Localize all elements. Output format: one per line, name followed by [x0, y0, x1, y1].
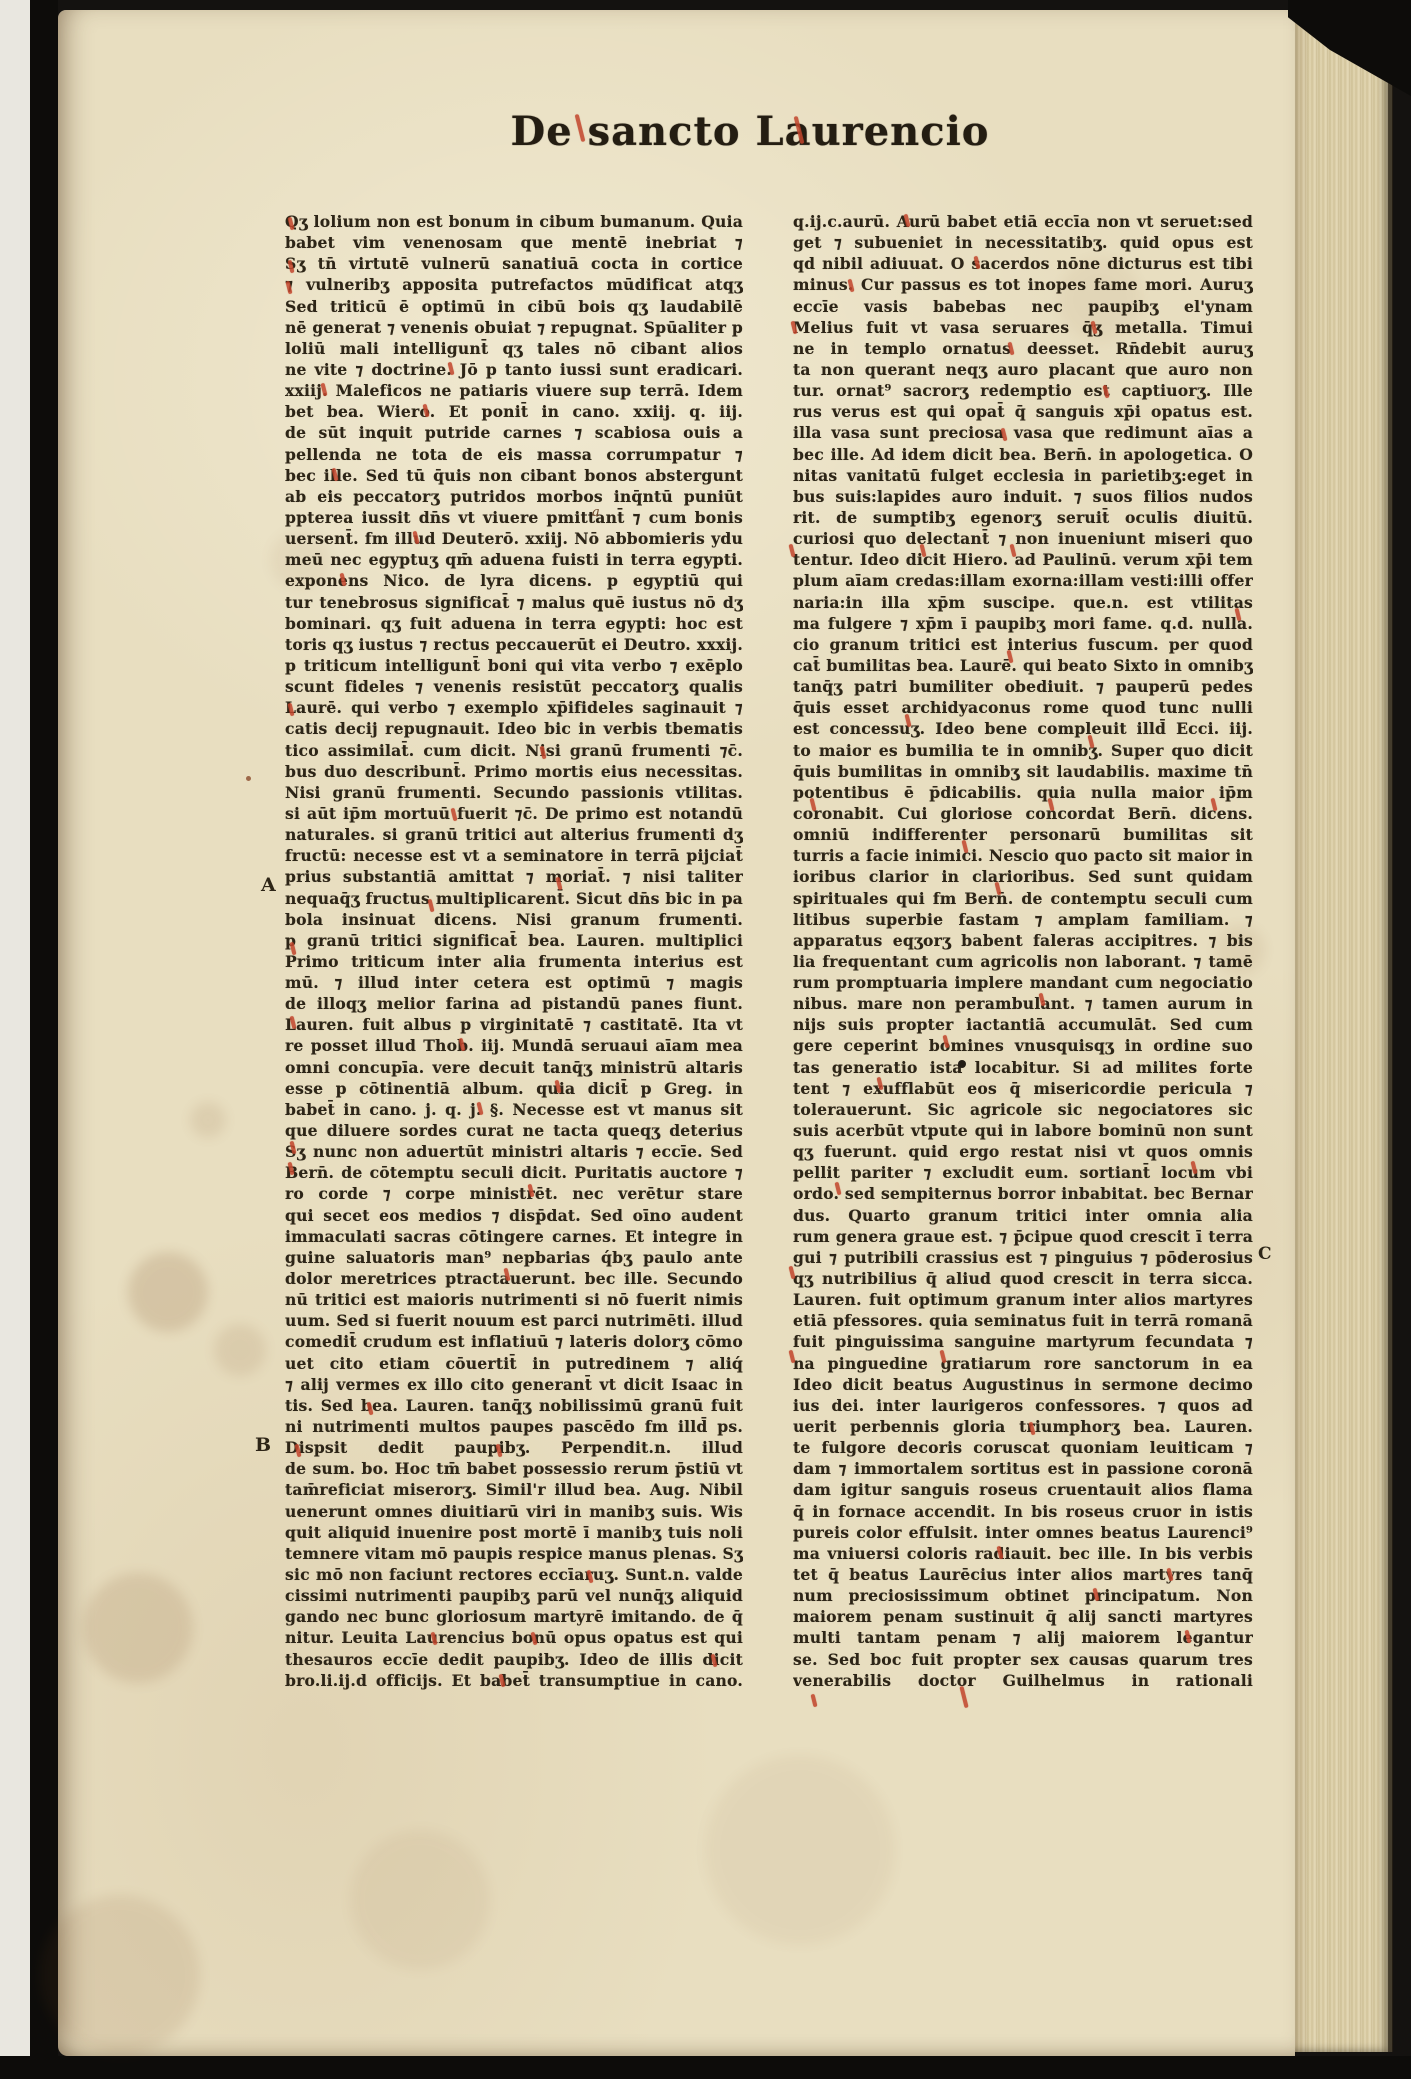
text-line: gando nec bunc gloriosum martyrē imitand… — [285, 1606, 743, 1627]
text-line: ma fulgere ⁊ xp̄m ī paupibʒ mori fame. q… — [793, 613, 1253, 634]
text-line: bro.li.ij.d officijs. Et babet̄ transump… — [285, 1670, 743, 1691]
text-line: bec ille. Ad idem dicit bea. Bern̄. in a… — [793, 444, 1253, 465]
text-line: suis acerbūt vtpute qui in labore bominū… — [793, 1120, 1253, 1141]
text-line: nequaq̄ʒ fructus multiplicarent̄. Sicut … — [285, 888, 743, 909]
text-line: get ⁊ subueniet in necessitatibʒ. quid o… — [793, 232, 1253, 253]
text-line: bet bea. Wiero. Et ponit̄ in cano. xxiij… — [285, 401, 743, 422]
text-line: ab eis peccatorʒ putridos morbos inq̄ntū… — [285, 486, 743, 507]
text-line: na pinguedine gratiarum rore sanctorum i… — [793, 1353, 1253, 1374]
text-line: bola insinuat dicens. Nisi granum frumen… — [285, 909, 743, 930]
paper-stain — [83, 1573, 193, 1683]
text-line: ta non querant neqʒ auro placant que aur… — [793, 359, 1253, 380]
fore-edge-outline — [1388, 12, 1393, 2052]
text-line: tur. ornat⁹ sacrorʒ redemptio est captiu… — [793, 380, 1253, 401]
text-line: venerabilis doctor Guilhelmus in rationa… — [793, 1670, 1253, 1691]
text-line: fructū: necesse est vt a seminatore in t… — [285, 845, 743, 866]
text-line: ⁊ alij vermes ex illo cito generant̄ vt … — [285, 1374, 743, 1395]
text-line: eccīe vasis babebas nec paupibʒ el'ynam … — [793, 296, 1253, 317]
text-line: esse p cōtinentiā album. quia dicit̄ p G… — [285, 1078, 743, 1099]
text-line: nitas vanitatū fulget ecclesia in pariet… — [793, 465, 1253, 486]
text-line: de sūt inquit putride carnes ⁊ scabiosa … — [285, 422, 743, 443]
text-line: re posset illud Thob. iij. Mundā seruaui… — [285, 1035, 743, 1056]
text-line: te fulgore decoris coruscat quoniam leui… — [793, 1437, 1253, 1458]
text-line: ni nutrimenti multos paupes pascēdo fm i… — [285, 1416, 743, 1437]
text-line: gere ceperint bomines vnusquisqʒ in ordi… — [793, 1035, 1253, 1056]
text-line: est concessuʒ. Ideo bene compleuit illd̄… — [793, 718, 1253, 739]
text-line: pellit pariter ⁊ excludit eum. sortiant̄… — [793, 1162, 1253, 1183]
text-line: etiā pfessores. quia seminatus fuit in t… — [793, 1310, 1253, 1331]
text-line: cio granum tritici est interius fuscum. … — [793, 634, 1253, 655]
text-line: que diluere sordes curat ne tacta queqʒ … — [285, 1120, 743, 1141]
text-line: exponens Nico. de lyra dicens. p egyptiū… — [285, 570, 743, 591]
marginal-signature-a: A — [261, 874, 276, 896]
text-line: spirituales qui fm Bern̄. de contemptu s… — [793, 888, 1253, 909]
text-line: uerit perbennis gloria triumphorʒ bea. L… — [793, 1416, 1253, 1437]
text-line: num preciosissimum obtinet principatum. … — [793, 1585, 1253, 1606]
text-line: sic mō non faciunt rectores eccīaruʒ. Su… — [285, 1564, 743, 1585]
text-line: thesauros eccīe dedit paupibʒ. Ideo de i… — [285, 1649, 743, 1670]
marginal-letter-c: C — [1258, 1244, 1272, 1264]
text-line: bus suis:lapides auro induit. ⁊ suos fil… — [793, 486, 1253, 507]
ink-dot — [958, 1060, 966, 1068]
text-line: Qʒ lolium non est bonum in cibum bumanum… — [285, 211, 743, 232]
marginal-signature-b: B — [255, 1434, 271, 1456]
text-line: catis decij repugnauit. Ideo bic in verb… — [285, 718, 743, 739]
text-line: qd nibil adiuuat. O sacerdos nōne dictur… — [793, 253, 1253, 274]
text-line: coronabit. Cui gloriose concordat Bern̄.… — [793, 803, 1253, 824]
bottom-background-band — [0, 2056, 1411, 2079]
text-line: omniū indifferenter personarū bumilitas … — [793, 824, 1253, 845]
text-line: ne vite ⁊ doctrine. Jō p tanto iussi sun… — [285, 359, 743, 380]
paper-stain — [350, 1830, 490, 1970]
text-line: litibus superbie fastam ⁊ amplam familia… — [793, 909, 1253, 930]
text-line: cissimi nutrimenti paupibʒ parū vel nunq… — [285, 1585, 743, 1606]
text-line: p triticum intelligunt̄ boni qui vita ve… — [285, 655, 743, 676]
text-line: turris a facie inimici. Nescio quo pacto… — [793, 845, 1253, 866]
text-line: nitur. Leuita Laurencius bonū opus opatu… — [285, 1627, 743, 1648]
paper-stain — [190, 1102, 226, 1138]
text-line: uersent̄. fm illud Deuterō. xxiij. Nō ab… — [285, 528, 743, 549]
text-line: tas generatio ista locabitur. Si ad mili… — [793, 1057, 1253, 1078]
text-line: ma vniuersi coloris radiauit. bec ille. … — [793, 1543, 1253, 1564]
text-line: ppterea iussit dn̄s vt viuere pmittant̄ … — [285, 507, 743, 528]
text-line: Ideo dicit beatus Augustinus in sermone … — [793, 1374, 1253, 1395]
text-column-left: Qʒ lolium non est bonum in cibum bumanum… — [285, 211, 743, 1691]
text-line: fuit pinguissima sanguine martyrum fecun… — [793, 1331, 1253, 1352]
gutter-shadow-band — [30, 0, 58, 2079]
fore-edge-page-stack — [1295, 12, 1392, 2052]
text-line: tentur. Ideo dicit Hiero. ad Paulinū. ve… — [793, 549, 1253, 570]
text-line: bec ille. Sed tū q̄uis non cibant bonos … — [285, 465, 743, 486]
text-line: tolerauerunt. Sic agricole sic negociato… — [793, 1099, 1253, 1120]
text-line: Bern̄. de cōtemptu seculi dicit. Puritat… — [285, 1162, 743, 1183]
text-line: p granū tritici significat̄ bea. Lauren.… — [285, 930, 743, 951]
text-line: uenerunt omnes diuitiarū viri in manibʒ … — [285, 1501, 743, 1522]
text-line: babet̄ in cano. j. q. j. §. Necesse est … — [285, 1099, 743, 1120]
text-line: maiorem penam sustinuit q̄ alij sancti m… — [793, 1606, 1253, 1627]
text-line: xxiij. Maleficos ne patiaris viuere sup … — [285, 380, 743, 401]
text-line: Dispsit dedit paupibʒ. Perpendit.n. illu… — [285, 1437, 743, 1458]
text-line: dolor meretrices ptractauerunt. bec ille… — [285, 1268, 743, 1289]
text-line: curiosi quo delectant̄ ⁊ non inueniunt m… — [793, 528, 1253, 549]
text-line: uum. Sed si fuerit nouum est parci nutri… — [285, 1310, 743, 1331]
text-line: Sed triticū ē optimū in cibū bois qʒ lau… — [285, 296, 743, 317]
text-line: ioribus clarior in clarioribus. Sed sunt… — [793, 866, 1253, 887]
text-line: rum promptuaria implere mandant cum nego… — [793, 972, 1253, 993]
text-line: rus verus est qui opat̄ q̄ sanguis xp̄i … — [793, 401, 1253, 422]
text-line: rum genera graue est. ⁊ p̄cipue quod cre… — [793, 1226, 1253, 1247]
text-line: tanq̄ʒ patri bumiliter obediuit. ⁊ paupe… — [793, 676, 1253, 697]
text-line: temnere vitam mō paupis respice manus pl… — [285, 1543, 743, 1564]
text-line: q̄uis esset archidyaconus rome quod tunc… — [793, 697, 1253, 718]
text-line: prius substantiā amittat ⁊ moriat̄. ⁊ ni… — [285, 866, 743, 887]
text-line: minus. Cur passus es tot inopes fame mor… — [793, 274, 1253, 295]
text-line: q̄uis bumilitas in omnibʒ sit laudabilis… — [793, 761, 1253, 782]
text-line: qʒ fuerunt. quid ergo restat nisi vt quo… — [793, 1141, 1253, 1162]
text-line: q̄ in fornace accendit. In bis roseus cr… — [793, 1501, 1253, 1522]
text-line: pureis color effulsit. inter omnes beatu… — [793, 1522, 1253, 1543]
text-line: ne in templo ornatus deesset. Rn̄debit a… — [793, 338, 1253, 359]
text-line: tico assimilat̄. cum dicit. Nisi granū f… — [285, 740, 743, 761]
text-column-right: q.ij.c.aurū. Aurū babet etiā eccīa non v… — [793, 211, 1253, 1691]
text-line: tent ⁊ exufflabūt eos q̄ misericordie pe… — [793, 1078, 1253, 1099]
text-line: nibus. mare non perambulant. ⁊ tamen aur… — [793, 993, 1253, 1014]
text-line: dus. Quarto granum tritici inter omnia a… — [793, 1205, 1253, 1226]
text-line: Sʒ tn̄ virtutē vulnerū sanatiuā cocta in… — [285, 253, 743, 274]
facing-page-edge — [0, 0, 30, 2079]
text-line: q.ij.c.aurū. Aurū babet etiā eccīa non v… — [793, 211, 1253, 232]
paper-stain — [214, 1324, 266, 1376]
text-line: ro corde ⁊ corpe ministrēt. nec verētur … — [285, 1183, 743, 1204]
text-line: toris qʒ iustus ⁊ rectus peccauerūt ei D… — [285, 634, 743, 655]
text-line: babet vim venenosam que mentē inebriat ⁊… — [285, 232, 743, 253]
text-line: rit. de sumptibʒ egenorʒ seruit̄ oculis … — [793, 507, 1253, 528]
text-line: Lauren. fuit optimum granum inter alios … — [793, 1289, 1253, 1310]
text-line: Primo triticum inter alia frumenta inter… — [285, 951, 743, 972]
marginal-squiggle: a — [592, 505, 600, 520]
text-line: naria:in illa xp̄m suscipe. que.n. est v… — [793, 592, 1253, 613]
text-line: si aūt ip̄m mortuū fuerit ⁊c̄. De primo … — [285, 803, 743, 824]
ink-speck — [246, 776, 251, 781]
text-line: pellenda ne tota de eis massa corrumpatu… — [285, 444, 743, 465]
text-line: bus duo describunt̄. Primo mortis eius n… — [285, 761, 743, 782]
text-line: nē generat ⁊ venenis obuiat ⁊ repugnat. … — [285, 317, 743, 338]
text-line: Laurē. qui verbo ⁊ exemplo xp̄ifideles s… — [285, 697, 743, 718]
text-line: cat̄ bumilitas bea. Laurē. qui beato Six… — [793, 655, 1253, 676]
paper-stain — [40, 1895, 200, 2055]
scanned-book-page: De sancto Laurencio Qʒ lolium non est bo… — [0, 0, 1411, 2079]
text-line: Nisi granū frumenti. Secundo passionis v… — [285, 782, 743, 803]
text-line: Melius fuit vt vasa seruares q̄ʒ metalla… — [793, 317, 1253, 338]
text-line: qui secet eos medios ⁊ disp̄dat. Sed oīn… — [285, 1205, 743, 1226]
text-line: Lauren. fuit albus p virginitatē ⁊ casti… — [285, 1014, 743, 1035]
text-line: tam̄reficiat miserorʒ. Simil'r illud bea… — [285, 1479, 743, 1500]
text-line: dam igitur sanguis roseus cruentauit ali… — [793, 1479, 1253, 1500]
text-line: comedit̄ crudum est inflatiuū ⁊ lateris … — [285, 1331, 743, 1352]
text-line: loliū mali intelligunt̄ qʒ tales nō ciba… — [285, 338, 743, 359]
text-line: plum aīam credas:illam exorna:illam vest… — [793, 570, 1253, 591]
text-line: illa vasa sunt preciosa vasa que redimun… — [793, 422, 1253, 443]
text-line: ius dei. inter laurigeros confessores. ⁊… — [793, 1395, 1253, 1416]
paper-stain — [705, 1755, 895, 1945]
text-line: tis. Sed bea. Lauren. tanq̄ʒ nobilissimū… — [285, 1395, 743, 1416]
paper-stain — [128, 1252, 208, 1332]
text-line: de sum. bo. Hoc tm̄ babet possessio reru… — [285, 1458, 743, 1479]
text-line: ⁊ vulneribʒ apposita putrefactos mūdific… — [285, 274, 743, 295]
text-line: to maior es bumilia te in omnibʒ. Super … — [793, 740, 1253, 761]
text-line: Sʒ nunc non aduertūt ministri altaris ⁊ … — [285, 1141, 743, 1162]
text-line: de illoqʒ melior farina ad pistandū pane… — [285, 993, 743, 1014]
text-line: guine saluatoris man⁹ nepbarias q́bʒ pau… — [285, 1247, 743, 1268]
text-line: potentibus ē p̄dicabilis. quia nulla mai… — [793, 782, 1253, 803]
text-line: tur tenebrosus significat̄ ⁊ malus quē i… — [285, 592, 743, 613]
text-line: naturales. si granū tritici aut alterius… — [285, 824, 743, 845]
page-title: De sancto Laurencio — [480, 108, 1020, 155]
text-line: scunt fideles ⁊ venenis resistūt peccato… — [285, 676, 743, 697]
text-line: tet q̄ beatus Laurēcius inter alios mart… — [793, 1564, 1253, 1585]
text-line: bominari. qʒ fuit aduena in terra egypti… — [285, 613, 743, 634]
text-line: uet cito etiam cōuertit̄ in putredinem ⁊… — [285, 1353, 743, 1374]
text-line: apparatus eqʒorʒ babent faleras accipitr… — [793, 930, 1253, 951]
text-line: dam ⁊ immortalem sortitus est in passion… — [793, 1458, 1253, 1479]
text-line: nū tritici est maioris nutrimenti si nō … — [285, 1289, 743, 1310]
text-line: meū nec egyptuʒ qm̄ aduena fuisti in ter… — [285, 549, 743, 570]
text-line: omni concupīa. vere decuit tanq̄ʒ minist… — [285, 1057, 743, 1078]
text-line: se. Sed boc fuit propter sex causas quar… — [793, 1649, 1253, 1670]
text-line: qʒ nutribilius q̄ aliud quod crescit in … — [793, 1268, 1253, 1289]
text-line: gui ⁊ putribili crassius est ⁊ pinguius … — [793, 1247, 1253, 1268]
text-line: immaculati sacras cōtingere carnes. Et i… — [285, 1226, 743, 1247]
text-line: nijs suis propter iactantiā accumulāt. S… — [793, 1014, 1253, 1035]
text-line: ordo. sed sempiternus borror inbabitat. … — [793, 1183, 1253, 1204]
text-line: quit aliquid inuenire post mortē ī manib… — [285, 1522, 743, 1543]
text-line: mū. ⁊ illud inter cetera est optimū ⁊ ma… — [285, 972, 743, 993]
text-line: lia frequentant cum agricolis non labora… — [793, 951, 1253, 972]
